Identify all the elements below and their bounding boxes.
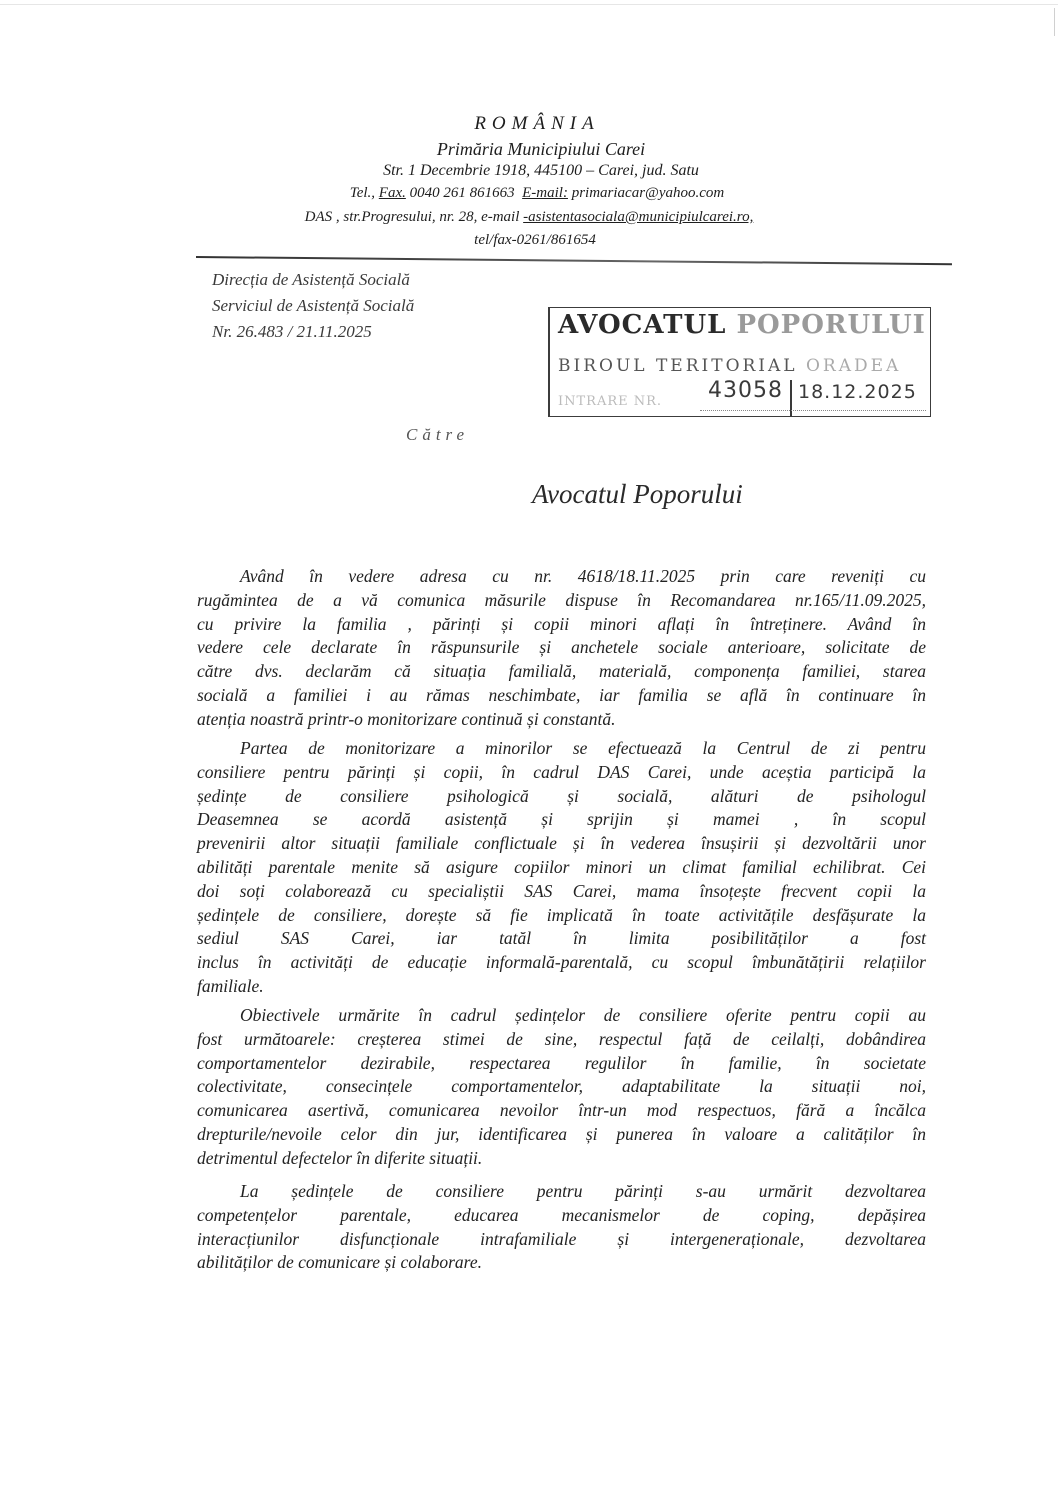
text-line: comunicarea asertivă, comunicarea nevoil…	[197, 1099, 926, 1121]
text-line: colectivitate, consecințele comportament…	[197, 1075, 926, 1097]
letterhead-divider	[196, 256, 952, 265]
letterhead-address: Str. 1 Decembrie 1918, 445100 – Carei, j…	[12, 162, 1058, 180]
tel-label: Tel.,	[350, 185, 375, 201]
text-line: familiale.	[197, 975, 926, 997]
stamp-title-faint: POPORULUI	[736, 310, 925, 340]
text-line: Având în vedere adresa cu nr. 4618/18.11…	[240, 565, 926, 587]
text-line: Partea de monitorizare a minorilor se ef…	[240, 737, 926, 759]
stamp-office-strong: BIROUL TERITORIAL	[558, 356, 798, 376]
sender-registration-number: Nr. 26.483 / 21.11.2025	[212, 322, 372, 342]
text-line: fost următoarele: creșterea stimei de si…	[197, 1028, 926, 1050]
fax-label: Fax.	[379, 185, 406, 201]
text-line: către dvs. declarăm că situația familial…	[197, 660, 926, 682]
stamp-entry-date: 18.12.2025	[798, 381, 917, 403]
registration-stamp: AVOCATUL POPORULUI BIROUL TERITORIAL ORA…	[548, 307, 931, 417]
stamp-dotted-line	[700, 410, 926, 411]
stamp-title-strong: AVOCATUL	[558, 310, 726, 340]
recipient-name: Avocatul Poporului	[532, 479, 743, 510]
letterhead-das: DAS , str.Progresului, nr. 28, e-mail -a…	[0, 209, 1058, 226]
scan-edge	[1054, 8, 1055, 36]
text-line: comportamentelor dezirabile, respectarea…	[197, 1052, 926, 1074]
stamp-title: AVOCATUL POPORULUI	[558, 310, 926, 340]
stamp-entry-number: 43058	[708, 378, 783, 403]
text-line: La ședințele de consiliere pentru părinț…	[240, 1180, 926, 1202]
text-line: atenția noastră printr-o monitorizare co…	[197, 708, 926, 730]
text-line: consiliere pentru părinți și copii, în c…	[197, 761, 926, 783]
scan-edge	[0, 4, 1058, 5]
text-line: competențelor parentale, educarea mecani…	[197, 1204, 926, 1226]
text-line: abilități parentale menite să asigure co…	[197, 856, 926, 878]
text-line: interacțiunilor disfuncționale intrafami…	[197, 1228, 926, 1250]
letterhead-telfax: tel/fax-0261/861654	[6, 232, 1058, 249]
stamp-entry-label: INTRARE NR.	[558, 394, 662, 409]
text-line: vedere cele declarate în răspunsurile și…	[197, 636, 926, 658]
text-line: rugămintea de a vă comunica măsurile dis…	[197, 589, 926, 611]
email-label: E-mail:	[522, 185, 568, 201]
text-line: sediul SAS Carei, iar tatăl în limita po…	[197, 927, 926, 949]
text-line: Obiectivele urmărite în cadrul ședințelo…	[240, 1004, 926, 1026]
stamp-office: BIROUL TERITORIAL ORADEA	[558, 356, 901, 376]
das-email[interactable]: -asistentasociala@municipiulcarei.ro,	[523, 209, 753, 225]
text-line: prevenirii altor situații familiale conf…	[197, 832, 926, 854]
text-line: drepturile/nevoile celor din jur, identi…	[197, 1123, 926, 1145]
text-line: abilităților de comunicare și colaborare…	[197, 1251, 926, 1273]
scanned-letter-page: ROMÂNIA Primăria Municipiului Carei Str.…	[0, 0, 1058, 1496]
text-line: inclus în activități de educație informa…	[197, 951, 926, 973]
phone-number: 0040 261 861663	[410, 185, 515, 201]
text-line: socială a familiei i au rămas neschimbat…	[197, 684, 926, 706]
letterhead-office: Primăria Municipiului Carei	[12, 139, 1058, 160]
stamp-office-faint: ORADEA	[806, 356, 901, 376]
text-line: Deasemnea se acordă asistență și sprijin…	[197, 808, 926, 830]
letterhead-country: ROMÂNIA	[8, 113, 1058, 135]
email-address[interactable]: primariacar@yahoo.com	[572, 185, 725, 201]
sender-service: Serviciul de Asistență Socială	[212, 296, 414, 316]
text-line: ședințe de consiliere psihologică și soc…	[197, 785, 926, 807]
to-label: Către	[406, 425, 469, 445]
das-address: DAS , str.Progresului, nr. 28, e-mail	[305, 209, 523, 225]
letterhead-contact: Tel., Fax. 0040 261 861663 E-mail: prima…	[8, 185, 1058, 202]
sender-directorate: Direcția de Asistență Socială	[212, 270, 410, 290]
text-line: detrimentul defectelor în diferite situa…	[197, 1147, 926, 1169]
text-line: cu privire la familia , părinți și copii…	[197, 613, 926, 635]
text-line: doi soți colaborează cu specialiștii SAS…	[197, 880, 926, 902]
text-line: ședințele de consiliere, dorește să fie …	[197, 904, 926, 926]
